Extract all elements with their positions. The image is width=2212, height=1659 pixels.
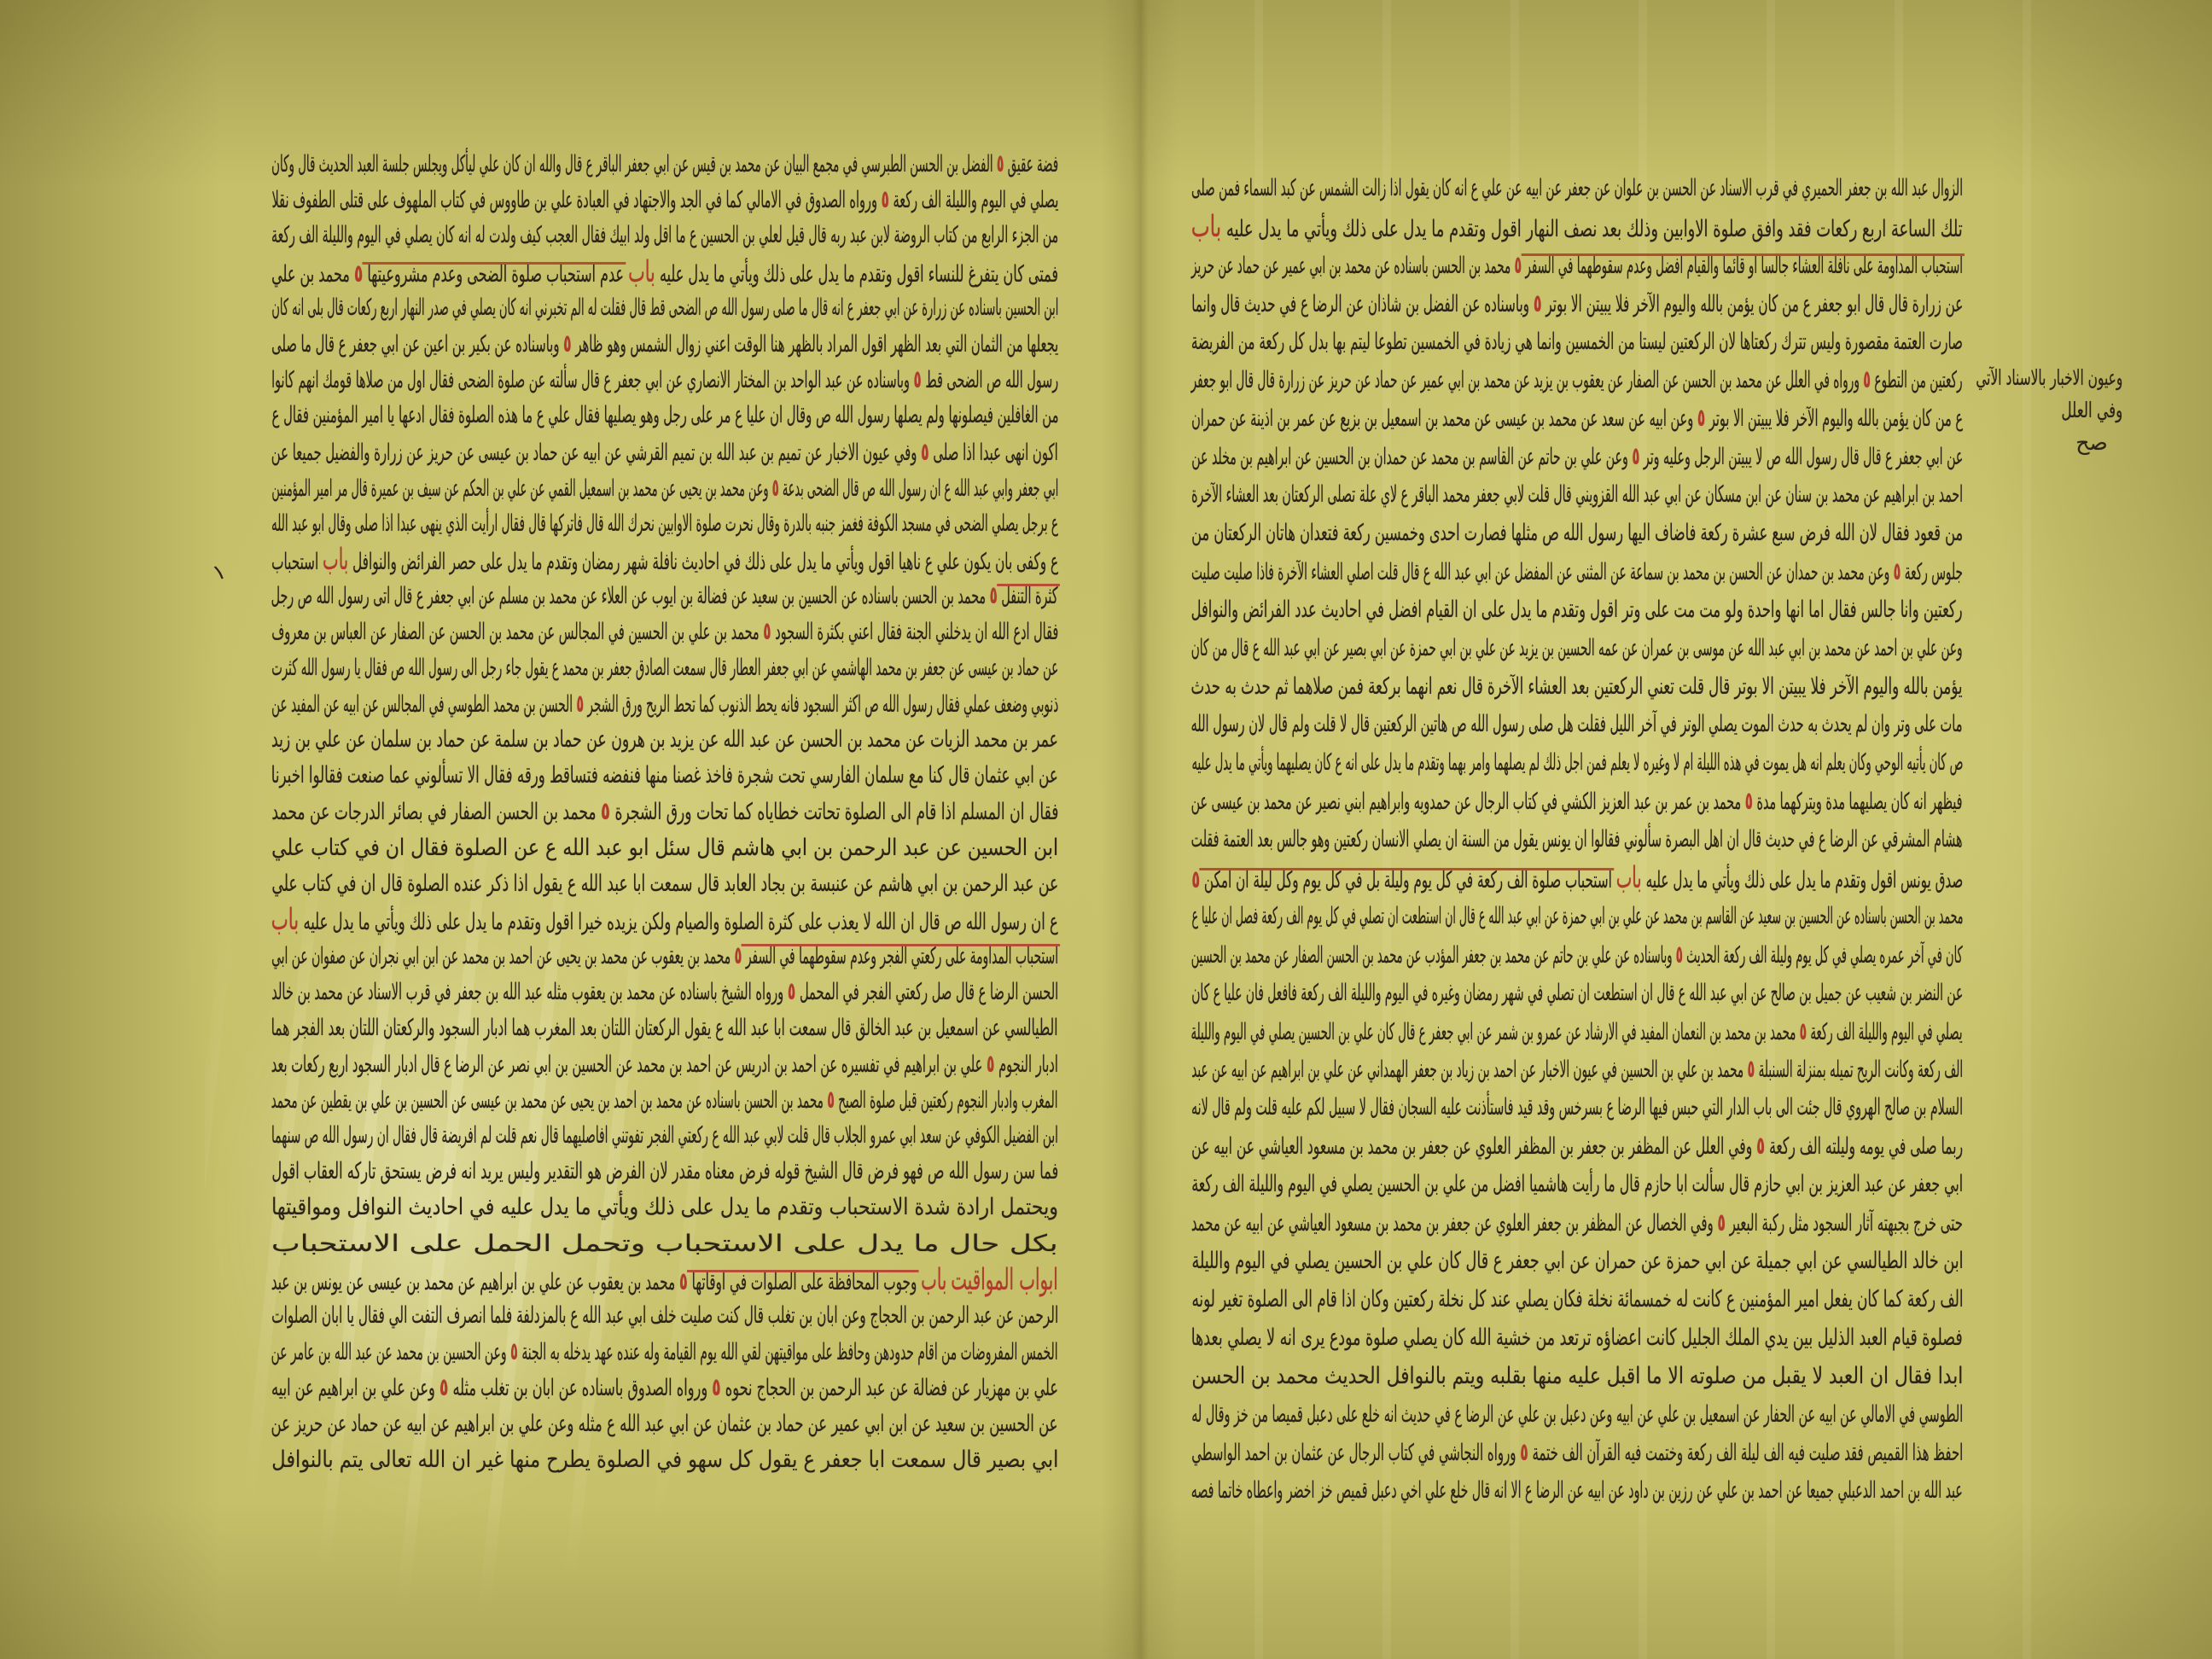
- text-run: محمد بن علي بن الحسين في عيون الاخبار عن…: [1191, 1057, 1743, 1083]
- chapter-title: استحباب صلوة الف ركعة في كل يوم وليلة بل…: [1204, 867, 1612, 894]
- section-marker: ٥: [439, 1373, 448, 1401]
- section-marker: ٥: [1717, 1208, 1726, 1237]
- manuscript-line: عبد الله بن احمد الدعبلي جميعا عن احمد ب…: [1191, 1472, 1963, 1511]
- section-marker: ٥: [1800, 1017, 1807, 1045]
- margin-annotation-line: وفي العلل: [2015, 394, 2168, 427]
- manuscript-line: وعن علي بن احمد عن محمد بن ابي عبد الله …: [1191, 630, 1963, 668]
- manuscript-line: عن ابي جعفر ع قال قال رسول الله ص لا يبي…: [1191, 438, 1963, 476]
- text-run: ركعتين وانا جالس فقال اما انها واحدة ولو…: [1191, 597, 1963, 623]
- manuscript-line: ربما صلى في يومه وليلته الف ركعة ٥ وفي ا…: [1191, 1127, 1963, 1166]
- manuscript-line: ع من كان يؤمن بالله واليوم الآخر فلا يبي…: [1191, 399, 1963, 438]
- text-run: عبد الله بن جعفر الحميري في قرب الاسناد …: [1191, 175, 1929, 201]
- manuscript-line: يصلي في اليوم والليلة الف ركعة ٥ محمد بن…: [1191, 1013, 1963, 1051]
- manuscript-line: ابن خالد الطيالسي عن ابي جميلة عن ابي حم…: [1191, 1243, 1963, 1281]
- text-run: ابن خالد الطيالسي عن ابي جميلة عن ابي حم…: [1191, 1248, 1963, 1274]
- text-run: ورواه النجاشي في كتاب الرجال عن عثمان بن…: [1191, 1440, 1516, 1466]
- text-run: وعن علي بن احمد عن محمد بن ابي عبد الله …: [1191, 635, 1963, 661]
- manuscript-photo: فضة عقيق ٥ الفضل بن الحسن الطبرسي في مجم…: [0, 0, 2212, 1659]
- text-run: ع من كان يؤمن بالله واليوم الآخر فلا يبي…: [1709, 405, 1963, 432]
- section-marker: ٥: [1745, 787, 1753, 815]
- section-marker: ٥: [1864, 365, 1871, 393]
- text-run: كان في آخر عمره يصلي في كل يوم وليلة الف…: [1686, 942, 1963, 969]
- manuscript-line: تلك الساعة اربع ركعات فقد وافق صلوة الاو…: [1191, 208, 1963, 247]
- manuscript-line: فصلوة قيام العبد الذليل بين يدي الملك ال…: [1191, 1319, 1963, 1358]
- text-run: ورواه في العلل عن محمد بن الحسن عن الصفا…: [1191, 367, 1860, 393]
- text-run: هشام المشرقي عن الرضا ع في حديث قال ان ا…: [1191, 826, 1963, 853]
- manuscript-line: يؤمن بالله واليوم الآخر فلا يبيتن الا بو…: [1191, 668, 1963, 707]
- text-run: الحسن بن محمد الطوسي في المجالس عن ابيه …: [271, 691, 573, 718]
- text-run: عن ابي جعفر ع قال قال رسول الله ص لا يبي…: [1644, 444, 1963, 470]
- text-run: وعن محمد بن حمدان عن الحسن بن محمد بن سم…: [1191, 559, 1889, 585]
- manuscript-line: صارت العتمة مقصورة وليس تترك ركعتاها لان…: [1191, 323, 1963, 362]
- manuscript-line: ابدا فقال ان العبد لا يقبل من صلوته الا …: [1191, 1358, 1963, 1396]
- manuscript-line: فيظهر انه كان يصليهما مدة ويتركهما مدة ٥…: [1191, 783, 1963, 821]
- text-run: الف ركعة وكانت الريح تميله بمنزلة السنبل…: [1758, 1057, 1963, 1083]
- rubric-heading: باب: [323, 542, 348, 577]
- text-run: احفظ هذا القميص فقد صليت فيه الف ليلة ال…: [1532, 1440, 1963, 1466]
- text-run: السلام بن صالح الهروي قال جئت الى باب ال…: [1191, 1094, 1963, 1121]
- text-run: فيظهر انه كان يصليهما مدة ويتركهما مدة: [1757, 789, 1963, 815]
- section-marker: ٥: [1747, 1055, 1755, 1083]
- text-run: مات على وتر وان لم يحدث به حدث الموت يصل…: [1191, 711, 1963, 737]
- text-run: محمد بن محمد بن النعمان المفيد في الارشا…: [1191, 1019, 1796, 1045]
- text-run: من قعود فقال لان الله فرض سبع عشرة ركعة …: [1191, 520, 1963, 546]
- rubric-heading: باب: [271, 902, 299, 937]
- text-run: وباسناده عن بكير بن اعين عن ابي جعفر ع ق…: [271, 331, 559, 358]
- text-run: ابي جعفر عن عبد العزيز بن ابي حازم قال س…: [1191, 1171, 1963, 1197]
- text-run: احمد بن ابراهيم عن محمد بن سنان عن ابن م…: [1191, 481, 1963, 508]
- manuscript-line: جلوس ركعة ٥ وعن محمد بن حمدان عن الحسن ب…: [1191, 553, 1963, 591]
- margin-annotation-line: وعيون الاخبار بالاسناد الآتي: [2015, 362, 2168, 394]
- text-run: يؤمن بالله واليوم الآخر فلا يبيتن الا بو…: [1191, 673, 1963, 700]
- text-run: محمد بن يعقوب عن علي بن ابراهيم عن محمد …: [271, 1269, 675, 1295]
- text-run: عن زرارة قال قال ابو جعفر ع من كان يؤمن …: [1545, 291, 1963, 317]
- manuscript-line: الف ركعة وكانت الريح تميله بمنزلة السنبل…: [1191, 1051, 1963, 1089]
- manuscript-line: محمد بن الحسن باسناده عن الحسين بن سعيد …: [1191, 898, 1963, 936]
- manuscript-line: ركعتين من التطوع ٥ ورواه في العلل عن محم…: [1191, 361, 1963, 399]
- text-run: الزوال: [1932, 175, 1963, 201]
- text-run: وباسناده عن علي بن حاتم عن محمد بن جعفر …: [1191, 942, 1673, 969]
- chapter-title: استحباب المداومة على نافلة العشاء جالسا …: [1525, 253, 1963, 279]
- text-run: وباسناده عن الفضل بن شاذان عن الرضا ع في…: [1191, 291, 1529, 317]
- manuscript-line: ابي جعفر عن عبد العزيز بن ابي حازم قال س…: [1191, 1166, 1963, 1204]
- text-run: وفي الخصال عن المظفر بن جعفر العلوي عن ج…: [1191, 1210, 1714, 1237]
- section-marker: ٥: [1534, 289, 1542, 317]
- section-marker: ٥: [1520, 1438, 1528, 1466]
- text-run: جلوس ركعة: [1905, 559, 1963, 585]
- manuscript-line: احفظ هذا القميص فقد صليت فيه الف ليلة ال…: [1191, 1434, 1963, 1472]
- text-run: يصلي في اليوم والليلة الف ركعة: [1811, 1019, 1963, 1045]
- manuscript-line: ركعتين وانا جالس فقال اما انها واحدة ولو…: [1191, 591, 1963, 630]
- section-marker: ٥: [1756, 1132, 1765, 1160]
- text-run: حتى خرج بجبهته آثار السجود مثل ركبة البع…: [1730, 1210, 1963, 1237]
- right-page-text-block: الزوال عبد الله بن جعفر الحميري في قرب ا…: [1191, 170, 1963, 1511]
- manuscript-line: كان في آخر عمره يصلي في كل يوم وليلة الف…: [1191, 936, 1963, 975]
- text-run: عن النضر بن شعيب عن جميل بن صالح عن ابي …: [1191, 980, 1963, 1006]
- rubric-heading: باب: [1615, 860, 1641, 895]
- rubric-heading: باب: [1191, 209, 1221, 244]
- section-marker: ٥: [1894, 557, 1901, 585]
- text-run: ربما صلى في يومه وليلته الف ركعة: [1769, 1133, 1963, 1160]
- margin-correction-mark: صح: [2075, 427, 2107, 459]
- manuscript-line: احمد بن ابراهيم عن محمد بن سنان عن ابن م…: [1191, 476, 1963, 515]
- margin-annotation-text: وعيون الاخبار بالاسناد الآتي: [1976, 362, 2123, 394]
- margin-annotation-text: وفي العلل: [2061, 394, 2122, 427]
- manuscript-line: السلام بن صالح الهروي قال جئت الى باب ال…: [1191, 1089, 1963, 1127]
- section-marker: ٥: [1632, 442, 1639, 470]
- section-marker: ٥: [510, 1337, 518, 1365]
- section-marker: ٥: [563, 329, 571, 358]
- manuscript-line: صدق يونس اقول وتقدم ما يدل على ذلك ويأتي…: [1191, 859, 1963, 898]
- manuscript-line: عن النضر بن شعيب عن جميل بن صالح عن ابي …: [1191, 975, 1963, 1013]
- manuscript-line: ص كان يأتيه الوحي وكان يعلم انه هل يموت …: [1191, 744, 1963, 783]
- text-run: محمد بن علي: [271, 261, 350, 288]
- text-run: الف ركعة كما كان يفعل امير المؤمنين ع كا…: [1191, 1286, 1963, 1313]
- text-run: وعن علي بن ابراهيم عن ابيه: [271, 1375, 435, 1401]
- text-run: استحباب: [271, 549, 318, 575]
- text-run: محمد بن الحسن باسناده عن الحسين بن سعيد …: [1191, 903, 1963, 929]
- section-marker: ٥: [1676, 940, 1683, 969]
- text-run: صدق يونس اقول وتقدم ما يدل على ذلك ويأتي…: [1645, 867, 1963, 894]
- text-run: وفي العلل عن المظفر بن جعفر بن المظفر ال…: [1191, 1133, 1752, 1160]
- text-run: تلك الساعة اربع ركعات فقد وافق صلوة الاو…: [1226, 216, 1963, 242]
- margin-annotation: وعيون الاخبار بالاسناد الآتي وفي العلل ص…: [2015, 362, 2168, 459]
- text-run: محمد بن الحسن باسناده عن محمد بن ابي عمي…: [1191, 253, 1511, 279]
- text-run: وعن الحسين بن محمد عن عبد الله بن عامر ع…: [271, 1339, 507, 1365]
- manuscript-line: عن زرارة قال قال ابو جعفر ع من كان يؤمن …: [1191, 285, 1963, 323]
- text-run: محمد بن عمر بن عبد العزيز الكشي في كتاب …: [1191, 789, 1742, 815]
- text-run: صارت العتمة مقصورة وليس تترك ركعتاها لان…: [1191, 329, 1963, 355]
- text-run: وعن علي بن حاتم عن القاسم بن محمد عن حمد…: [1191, 444, 1628, 470]
- manuscript-line: الزوال عبد الله بن جعفر الحميري في قرب ا…: [1191, 170, 1963, 208]
- manuscript-line: الطوسي في الامالي عن ابيه عن الحفار عن ا…: [1191, 1396, 1963, 1435]
- manuscript-line: مات على وتر وان لم يحدث به حدث الموت يصل…: [1191, 706, 1963, 744]
- manuscript-line: من قعود فقال لان الله فرض سبع عشرة ركعة …: [1191, 515, 1963, 553]
- text-run: الطوسي في الامالي عن ابيه عن الحفار عن ا…: [1191, 1401, 1963, 1428]
- manuscript-line: استحباب المداومة على نافلة العشاء جالسا …: [1191, 247, 1963, 285]
- manuscript-line: حتى خرج بجبهته آثار السجود مثل ركبة البع…: [1191, 1204, 1963, 1243]
- margin-annotation-line: صح: [2015, 427, 2168, 459]
- manuscript-line: هشام المشرقي عن الرضا ع في حديث قال ان ا…: [1191, 821, 1963, 859]
- section-marker: ٥: [1697, 404, 1705, 432]
- text-run: عبد الله بن احمد الدعبلي جميعا عن احمد ب…: [1191, 1477, 1963, 1504]
- text-run: ص كان يأتيه الوحي وكان يعلم انه هل يموت …: [1191, 749, 1963, 776]
- manuscript-line: الف ركعة كما كان يفعل امير المؤمنين ع كا…: [1191, 1281, 1963, 1319]
- text-run: ابدا فقال ان العبد لا يقبل من صلوته الا …: [1191, 1363, 1963, 1389]
- text-run: وعن ابيه عن سعد عن محمد بن عيسى عن محمد …: [1191, 405, 1693, 432]
- text-run: فصلوة قيام العبد الذليل بين يدي الملك ال…: [1191, 1324, 1963, 1351]
